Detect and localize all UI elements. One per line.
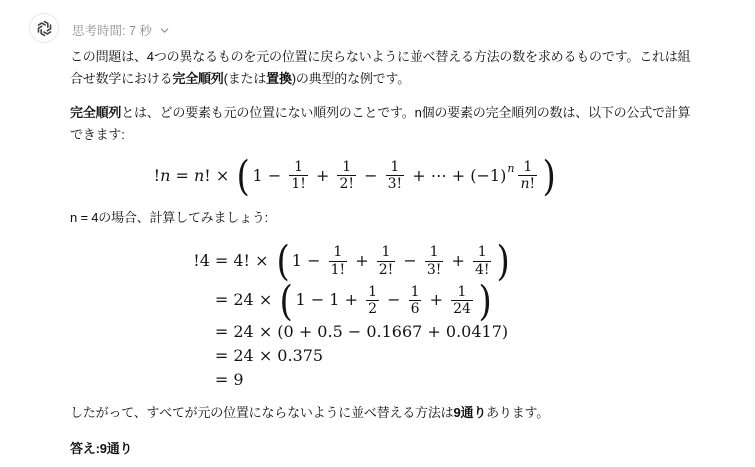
math-text: !4	[193, 251, 210, 271]
numerator: 1	[331, 244, 344, 260]
calc-lhs	[193, 368, 210, 392]
math-text: +	[311, 166, 335, 185]
numerator: 1	[380, 244, 393, 260]
fraction: 14!	[473, 244, 492, 277]
math-text: +	[350, 251, 374, 271]
denominator: 2!	[377, 261, 396, 278]
calc-rhs: = 9	[210, 368, 513, 392]
math-text: = 24 × (0 + 0.5 − 0.1667 + 0.0417)	[215, 322, 508, 342]
right-paren: )	[497, 243, 510, 278]
derangement-formula-display: !n = n! × (1 − 11! + 12! − 13! + ⋯ + (−1…	[45, 158, 667, 193]
superscript: n	[507, 162, 514, 175]
numerator: 1	[292, 159, 305, 175]
calculation-block: !4= 4! × (1 − 11! + 12! − 13! + 14!)= 24…	[193, 241, 512, 392]
definition-paragraph: 完全順列とは、どの要素も元の位置にない順列のことです。n個の要素の完全順列の数は…	[70, 102, 692, 146]
calc-rhs: = 24 × 0.375	[210, 344, 513, 368]
numerator: 1	[340, 159, 353, 175]
numerator: 1	[388, 159, 401, 175]
assistant-message: この問題は、4つの異なるものを元の位置に戻らないように並べ替える方法の数を求める…	[70, 46, 692, 467]
math-text: 2!	[339, 176, 354, 192]
math-text: −	[382, 290, 406, 310]
math-text: 1	[333, 244, 342, 260]
left-paren: (	[280, 283, 293, 318]
thinking-time-label: 思考時間: 7 秒	[72, 21, 152, 39]
fraction: 12!	[337, 159, 356, 192]
text-run: (または	[224, 71, 267, 86]
calc-row: = 24 × 0.375	[193, 344, 512, 368]
numerator: 1	[366, 284, 379, 300]
calc-lhs	[193, 281, 210, 320]
calc-lhs	[193, 320, 210, 344]
bold-text: 置換	[266, 71, 292, 86]
denominator: 2	[366, 300, 379, 317]
math-text: !	[529, 176, 535, 192]
math-text: + ⋯ + (−1)	[407, 166, 506, 185]
math-text: 24	[453, 301, 471, 317]
denominator: 2!	[337, 175, 356, 192]
math-text: = 9	[215, 370, 244, 390]
text-run: とは、どの要素も元の位置にない順列のことです。n個の要素の完全順列の数は、以下の…	[70, 105, 690, 142]
calc-lhs: !4	[193, 241, 210, 280]
math-text: 1	[478, 244, 487, 260]
numerator: 1	[428, 244, 441, 260]
math-text: 3!	[388, 176, 403, 192]
numerator: 1	[521, 159, 534, 175]
math-text: = 4! ×	[215, 251, 274, 271]
math-text: −	[398, 251, 422, 271]
math-text: 1 − 1 +	[296, 290, 364, 310]
calc-lhs	[193, 344, 210, 368]
math-text: +	[424, 290, 448, 310]
calc-rhs: = 24 × (1 − 1 + 12 − 16 + 124)	[210, 281, 513, 320]
math-text: = 24 ×	[215, 290, 277, 310]
chevron-down-icon	[159, 25, 170, 36]
fraction: 1n!	[518, 159, 537, 192]
math-text: +	[446, 251, 470, 271]
numerator: 1	[456, 284, 469, 300]
assistant-avatar	[29, 13, 59, 43]
left-paren: (	[237, 158, 250, 193]
math-text: 3!	[427, 262, 442, 278]
formula-line: !n = n! × (1 − 11! + 12! − 13! + ⋯ + (−1…	[154, 158, 559, 193]
math-text: −	[359, 166, 383, 185]
answer-line: 答え:9通り	[70, 438, 692, 460]
denominator: 3!	[425, 261, 444, 278]
math-text: 2	[368, 301, 377, 317]
math-text: 1!	[331, 262, 346, 278]
math-text: 1	[382, 244, 391, 260]
numerator: 1	[409, 284, 422, 300]
math-text: n	[194, 166, 204, 185]
denominator: 1!	[329, 261, 348, 278]
denominator: 1!	[289, 175, 308, 192]
math-text: 1 −	[292, 251, 326, 271]
fraction: 11!	[329, 244, 348, 277]
math-text: 1!	[291, 176, 306, 192]
denominator: 3!	[386, 175, 405, 192]
denominator: n!	[518, 175, 537, 192]
math-text: n	[507, 162, 514, 175]
left-paren: (	[276, 243, 289, 278]
math-text: =	[170, 166, 194, 185]
bold-text: 完全順列	[70, 105, 121, 120]
math-text: = 24 × 0.375	[215, 346, 323, 366]
calc-row: = 24 × (0 + 0.5 − 0.1667 + 0.0417)	[193, 320, 512, 344]
calc-row: = 24 × (1 − 1 + 12 − 16 + 124)	[193, 281, 512, 320]
bold-text: 9通り	[453, 405, 486, 420]
math-text: 6	[411, 301, 420, 317]
thinking-time-toggle[interactable]: 思考時間: 7 秒	[72, 21, 170, 39]
right-paren: )	[478, 283, 491, 318]
denominator: 6	[409, 300, 422, 317]
calc-rhs: = 4! × (1 − 11! + 12! − 13! + 14!)	[210, 241, 513, 280]
calc-row: = 9	[193, 368, 512, 392]
math-text: n	[160, 166, 170, 185]
math-text: 1	[411, 284, 420, 300]
text-run: )の典型的な例です。	[292, 71, 410, 86]
fraction: 13!	[425, 244, 444, 277]
openai-logo-icon	[35, 19, 54, 38]
math-text: 1	[390, 159, 399, 175]
numerator: 1	[476, 244, 489, 260]
text-run: あります。	[486, 405, 549, 420]
fraction: 12	[366, 284, 379, 317]
case-paragraph: n = 4の場合、計算してみましょう:	[70, 207, 692, 229]
text-run: n = 4の場合、計算してみましょう:	[70, 210, 268, 225]
fraction: 124	[451, 284, 473, 317]
denominator: 24	[451, 300, 473, 317]
fraction: 16	[409, 284, 422, 317]
math-text: 1	[523, 159, 532, 175]
math-text: ! ×	[204, 166, 234, 185]
bold-text: 完全順列	[172, 71, 223, 86]
math-text: 1 −	[253, 166, 287, 185]
calc-row: !4= 4! × (1 − 11! + 12! − 13! + 14!)	[193, 241, 512, 280]
calc-rhs: = 24 × (0 + 0.5 − 0.1667 + 0.0417)	[210, 320, 513, 344]
math-text: 1	[458, 284, 467, 300]
fraction: 11!	[289, 159, 308, 192]
math-text: 1	[294, 159, 303, 175]
text-run: したがって、すべてが元の位置にならないように並べ替える方法は	[70, 405, 453, 420]
fraction: 13!	[386, 159, 405, 192]
bold-text: 答え:9通り	[70, 441, 132, 456]
math-text: 1	[430, 244, 439, 260]
conclusion-paragraph: したがって、すべてが元の位置にならないように並べ替える方法は9通りあります。	[70, 402, 692, 424]
math-text: 1	[368, 284, 377, 300]
right-paren: )	[543, 158, 556, 193]
math-text: 1	[342, 159, 351, 175]
intro-paragraph: この問題は、4つの異なるものを元の位置に戻らないように並べ替える方法の数を求める…	[70, 46, 692, 90]
fraction: 12!	[377, 244, 396, 277]
math-text: 2!	[379, 262, 394, 278]
